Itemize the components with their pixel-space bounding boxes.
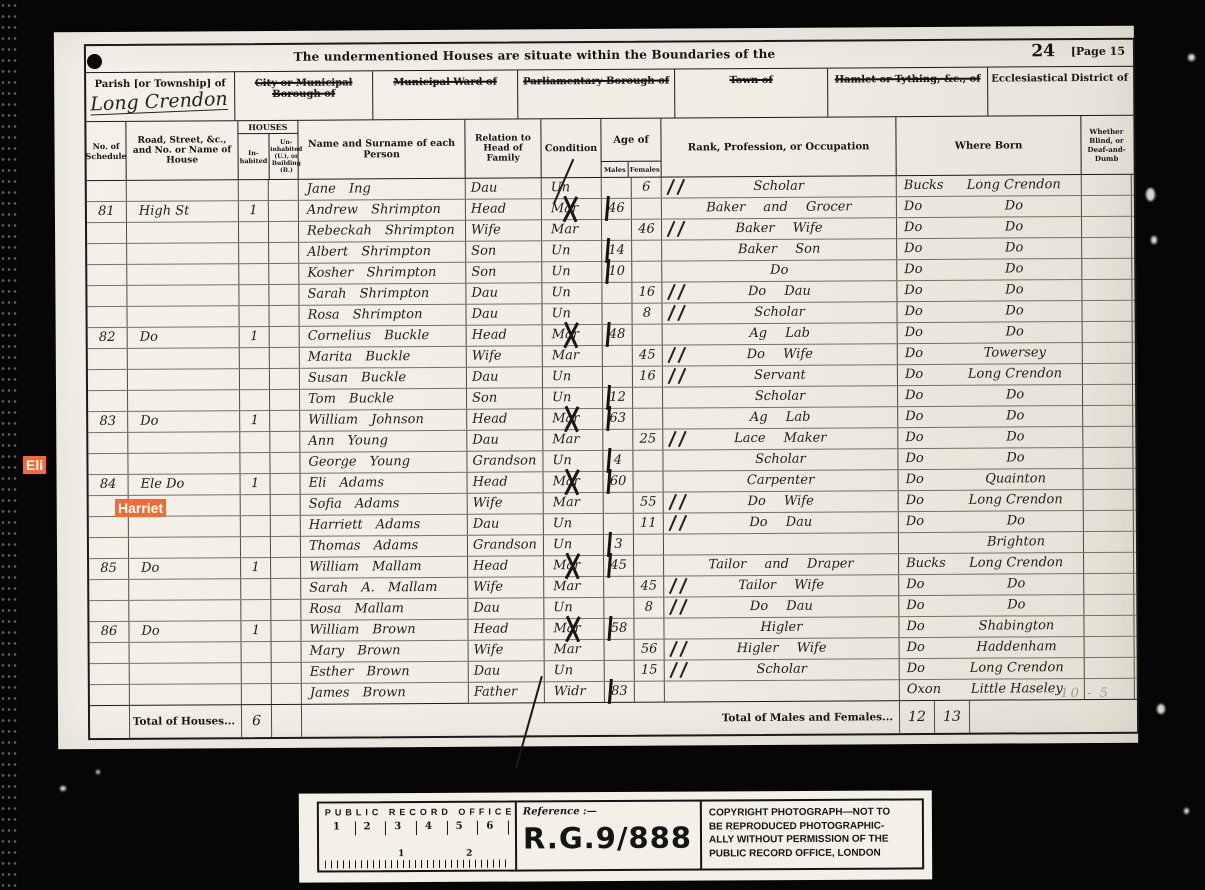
cell-relation: Wife	[467, 346, 543, 366]
cell-uninhabited	[269, 306, 299, 326]
born-county: Do	[897, 281, 947, 301]
cell-road	[127, 264, 239, 285]
cell-blind	[1082, 238, 1132, 258]
highlight-tag-harriet[interactable]: Harriet	[115, 499, 166, 517]
cell-relation: Dau	[466, 178, 542, 198]
cell-uninhabited	[271, 579, 301, 599]
cell-born: Do Do	[897, 301, 1082, 322]
cell-born: Do Do	[898, 406, 1083, 427]
cell-age-female: 6	[632, 178, 662, 198]
geo-parliamentary-borough-label: Parliamentary Borough of	[523, 76, 669, 88]
cell-blind	[1083, 364, 1133, 384]
born-county: Do	[898, 428, 948, 448]
geo-ecclesiastical-label: Ecclesiastical District of	[991, 73, 1128, 85]
column-header-band: No. of Schedule Road, Street, &c., and N…	[86, 116, 1133, 181]
cell-uninhabited	[271, 474, 301, 494]
cell-uninhabited	[269, 243, 299, 263]
born-county: Do	[897, 197, 947, 217]
cell-uninhabited	[269, 180, 299, 200]
cell-blind	[1084, 469, 1134, 489]
cell-uninhabited	[271, 537, 301, 557]
cell-age-male	[604, 493, 634, 513]
cell-road: Do	[128, 327, 240, 348]
ruler-cm-2: 2	[465, 849, 473, 859]
cell-road: Do	[129, 621, 241, 642]
cell-road: High St	[127, 201, 239, 222]
cell-age-female: 45	[634, 577, 664, 597]
cell-born: Do Haddenham	[900, 637, 1085, 658]
cell-age-female: 8	[634, 598, 664, 618]
cell-schedule	[89, 538, 129, 558]
cell-occupation: Do Wife	[664, 491, 899, 512]
cell-relation: Dau	[466, 304, 542, 324]
pro-office-name: PUBLIC RECORD OFFICE	[325, 807, 509, 818]
col-inhabited: In-habited	[238, 134, 269, 179]
cell-occupation: Tailor and Draper	[664, 554, 899, 575]
cell-inhabited	[241, 579, 271, 599]
reference-label: Reference :—	[523, 806, 694, 818]
cell-uninhabited	[270, 348, 300, 368]
cell-age-female: 25	[633, 430, 663, 450]
total-males-value: 12	[908, 707, 926, 726]
tally-mark	[667, 577, 691, 594]
col-road: Road, Street, &c., and No. or Name of Ho…	[126, 121, 238, 180]
cell-age-female: 11	[634, 514, 664, 534]
born-place: Do	[947, 196, 1081, 217]
cell-name: William Johnson	[300, 410, 467, 431]
cell-inhabited	[239, 243, 269, 263]
tally-mark	[665, 283, 689, 300]
pencil-annotation: 10 - 5	[1060, 686, 1110, 701]
cell-blind	[1082, 280, 1132, 300]
born-place: Long Crendon	[949, 553, 1083, 574]
tally-mark	[556, 468, 586, 496]
cell-schedule	[89, 517, 129, 537]
cell-born: Do Towersey	[898, 343, 1083, 364]
born-place: Do	[947, 217, 1081, 238]
cell-uninhabited	[271, 495, 301, 515]
cell-born: Do Do	[899, 511, 1084, 532]
tally-mark	[666, 367, 690, 384]
cell-road	[128, 369, 240, 390]
photo-speck	[1188, 54, 1195, 61]
cell-name: Mary Brown	[302, 641, 469, 662]
cell-blind	[1083, 427, 1133, 447]
born-county: Do	[897, 260, 947, 280]
cell-blind	[1083, 406, 1133, 426]
col-houses: HOUSES	[238, 121, 297, 134]
cell-occupation: Do Wife	[663, 344, 898, 365]
born-place: Shabington	[949, 616, 1083, 637]
cell-occupation: Scholar	[665, 659, 900, 680]
cell-road	[128, 453, 240, 474]
cell-schedule	[88, 454, 128, 474]
cell-occupation	[664, 533, 899, 554]
reference-value: R.G.9/888	[523, 821, 694, 856]
geo-town: Town of	[675, 69, 828, 118]
cell-born: Do Do	[898, 322, 1083, 343]
cell-name: Cornelius Buckle	[300, 326, 467, 347]
ruler-inches: 123456	[325, 821, 509, 836]
tally-mark	[556, 321, 586, 349]
cell-uninhabited	[271, 558, 301, 578]
tally-mark	[667, 514, 691, 531]
geo-city-borough: City or Municipal Borough of	[235, 71, 373, 120]
cell-relation: Head	[468, 619, 544, 639]
cell-condition: Un	[545, 661, 605, 681]
cell-occupation: Baker Son	[662, 239, 897, 260]
tally-mark	[666, 430, 690, 447]
col-schedule: No. of Schedule	[86, 122, 126, 180]
cell-uninhabited	[271, 516, 301, 536]
cell-name: Rosa Shrimpton	[299, 305, 466, 326]
born-place: Do	[947, 238, 1081, 259]
cell-schedule: 84	[89, 475, 129, 495]
cell-road	[127, 306, 239, 327]
cell-uninhabited	[271, 621, 301, 641]
tally-mark	[666, 346, 690, 363]
cell-uninhabited	[270, 411, 300, 431]
cell-road	[128, 390, 240, 411]
born-place: Haddenham	[950, 637, 1084, 658]
stamp-ruler-section: PUBLIC RECORD OFFICE 123456 1 2	[319, 803, 517, 871]
geography-header-band: Parish [or Township] of Long Crendon Cit…	[86, 67, 1133, 122]
cell-road	[129, 600, 241, 621]
geo-hamlet-label: Hamlet or Tything, &c., of	[835, 74, 981, 86]
cell-occupation: Baker Wife	[662, 218, 897, 239]
cell-inhabited	[240, 432, 270, 452]
cell-relation: Head	[467, 325, 543, 345]
cell-age-male	[604, 577, 634, 597]
cell-inhabited	[241, 537, 271, 557]
folio-number: 24	[1031, 41, 1055, 61]
cell-age-female: 16	[633, 367, 663, 387]
cell-born: Do Long Crendon	[900, 658, 1085, 679]
tally-mark	[557, 552, 587, 580]
cell-occupation: Do Dau	[664, 512, 899, 533]
cell-born: Do Shabington	[899, 616, 1084, 637]
born-place: Do	[949, 595, 1083, 616]
col-born: Where Born	[896, 116, 1081, 175]
cell-schedule	[87, 307, 127, 327]
col-houses-group: HOUSES In-habited Un-inhabited (U.), or …	[238, 121, 298, 179]
photo-speck	[60, 786, 66, 791]
cell-occupation	[665, 680, 900, 701]
cell-age-female: 45	[633, 346, 663, 366]
cell-uninhabited	[270, 327, 300, 347]
totals-band: Total of Houses... 6 Total of Males and …	[90, 700, 1137, 738]
highlight-tag-eli[interactable]: Eli	[23, 456, 46, 474]
cell-uninhabited	[269, 285, 299, 305]
cell-born: Do Long Crendon	[898, 364, 1083, 385]
cell-born: Do Do	[897, 280, 1082, 301]
cell-name: Albert Shrimpton	[299, 242, 466, 263]
geo-municipal-ward: Municipal Ward of	[373, 70, 518, 119]
ruler-centimetres: 1 2	[325, 856, 509, 869]
cell-uninhabited	[269, 222, 299, 242]
cell-blind	[1084, 574, 1134, 594]
cell-age-female: 15	[635, 661, 665, 681]
born-county: Do	[898, 344, 948, 364]
cell-relation: Head	[468, 556, 544, 576]
cell-inhabited	[239, 264, 269, 284]
pro-stamp-box: PUBLIC RECORD OFFICE 123456 1 2 Referenc…	[317, 798, 924, 872]
col-occupation: Rank, Profession, or Occupation	[661, 117, 896, 176]
cell-age-female	[634, 535, 664, 555]
cell-schedule	[88, 370, 128, 390]
total-houses-value: 6	[252, 712, 261, 731]
born-place: Long Crendon	[949, 490, 1083, 511]
cell-age-female	[634, 619, 664, 639]
born-county: Do	[899, 575, 949, 595]
cell-age-male	[603, 346, 633, 366]
cell-uninhabited	[272, 642, 302, 662]
cell-age-female: 56	[635, 640, 665, 660]
copyright-line: ALLY WITHOUT PERMISSION OF THE	[709, 832, 918, 847]
cell-born: Do Do	[897, 196, 1082, 217]
cell-occupation: Do Dau	[662, 281, 897, 302]
cell-road	[127, 285, 239, 306]
born-county: Do	[898, 323, 948, 343]
cell-inhabited	[240, 390, 270, 410]
cell-schedule	[87, 265, 127, 285]
cell-inhabited	[242, 663, 272, 683]
cell-uninhabited	[270, 453, 300, 473]
cell-uninhabited	[270, 432, 300, 452]
cell-born: Do Long Crendon	[899, 490, 1084, 511]
cell-age-female	[634, 472, 664, 492]
copyright-line: BE REPRODUCED PHOTOGRAPHIC-	[709, 819, 918, 834]
cell-name: Andrew Shrimpton	[299, 200, 466, 221]
cell-blind	[1084, 511, 1134, 531]
born-place: Brighton	[949, 532, 1083, 553]
cell-age-female	[633, 388, 663, 408]
cell-age-male	[605, 640, 635, 660]
copyright-line: COPYRIGHT PHOTOGRAPH—NOT TO	[709, 805, 918, 820]
born-place: Do	[949, 511, 1083, 532]
cell-name: Harriett Adams	[301, 515, 468, 536]
cell-schedule	[90, 643, 130, 663]
cell-blind	[1084, 616, 1134, 636]
born-county: Bucks	[899, 554, 949, 574]
cell-age-female	[632, 241, 662, 261]
born-county: Do	[897, 239, 947, 259]
cell-condition: Un	[543, 367, 603, 387]
cell-occupation: Scholar	[662, 176, 897, 197]
cell-age-female	[635, 682, 665, 702]
pro-stamp-strip: PUBLIC RECORD OFFICE 123456 1 2 Referenc…	[299, 790, 932, 882]
cell-name: Rosa Mallam	[301, 599, 468, 620]
cell-name: Sofia Adams	[301, 494, 468, 515]
cell-blind	[1082, 301, 1132, 321]
cell-inhabited	[241, 600, 271, 620]
cell-schedule	[90, 664, 130, 684]
cell-road	[127, 180, 239, 201]
tally-mark	[667, 493, 691, 510]
photo-speck	[1157, 704, 1165, 714]
cell-road	[128, 432, 240, 453]
geo-hamlet: Hamlet or Tything, &c., of	[828, 68, 988, 117]
cell-name: Susan Buckle	[300, 368, 467, 389]
born-place: Long Crendon	[948, 364, 1082, 385]
born-place: Do	[949, 574, 1083, 595]
cell-relation: Dau	[468, 514, 544, 534]
born-county: Do	[899, 617, 949, 637]
cell-blind	[1083, 343, 1133, 363]
cell-occupation: Tailor Wife	[664, 575, 899, 596]
ruler-cm-1: 1	[397, 849, 405, 859]
cell-blind	[1082, 175, 1132, 195]
cell-inhabited	[239, 285, 269, 305]
cell-inhabited: 1	[240, 411, 270, 431]
cell-inhabited	[242, 642, 272, 662]
cell-schedule	[88, 391, 128, 411]
photo-speck	[1184, 808, 1189, 814]
geo-parliamentary-borough: Parliamentary Borough of	[518, 70, 675, 119]
cell-inhabited	[239, 306, 269, 326]
cell-road	[127, 243, 239, 264]
cell-born: Do Quainton	[899, 469, 1084, 490]
cell-born: Do Do	[897, 259, 1082, 280]
cell-name: Jane Ing	[299, 179, 466, 200]
boundary-title: The undermentioned Houses are situate wi…	[86, 46, 983, 65]
cell-occupation: Higler Wife	[665, 638, 900, 659]
page-number: [Page 15	[1071, 45, 1125, 58]
cell-blind	[1084, 553, 1134, 573]
cell-road: Ele Do	[129, 474, 241, 495]
cell-occupation: Do Dau	[664, 596, 899, 617]
cell-inhabited	[239, 222, 269, 242]
cell-age-female	[633, 409, 663, 429]
census-rows: Jane Ing Dau Un 6 Scholar Bucks Long Cre…	[87, 175, 1137, 706]
cell-age-female: 8	[632, 304, 662, 324]
cell-occupation: Scholar	[662, 302, 897, 323]
tally-mark	[665, 304, 689, 321]
census-form: The undermentioned Houses are situate wi…	[84, 38, 1139, 740]
cell-schedule: 83	[88, 412, 128, 432]
cell-age-female: 55	[634, 493, 664, 513]
col-males: Males	[602, 162, 629, 177]
cell-road	[129, 516, 241, 537]
geo-city-borough-label: City or Municipal Borough of	[255, 77, 353, 99]
cell-relation: Head	[466, 199, 542, 219]
born-county: Do	[899, 512, 949, 532]
born-county: Do	[897, 218, 947, 238]
cell-born: Do Do	[898, 427, 1083, 448]
col-name: Name and Surname of each Person	[298, 120, 465, 179]
tally-mark	[668, 661, 692, 678]
cell-occupation: Ag Lab	[663, 323, 898, 344]
cell-blind	[1083, 385, 1133, 405]
col-females: Females	[629, 162, 661, 177]
cell-condition: Widr	[545, 682, 605, 702]
cell-name: Eli Adams	[301, 473, 468, 494]
born-place: Quainton	[949, 469, 1083, 490]
cell-name: Marita Buckle	[300, 347, 467, 368]
cell-inhabited	[240, 348, 270, 368]
cell-schedule: 82	[88, 328, 128, 348]
cell-uninhabited	[270, 369, 300, 389]
film-edge-texture	[0, 0, 18, 890]
cell-uninhabited	[269, 264, 299, 284]
born-place: Towersey	[948, 343, 1082, 364]
cell-name: George Young	[300, 452, 467, 473]
cell-age-female	[633, 325, 663, 345]
cell-name: Esther Brown	[302, 662, 469, 683]
census-page-scan: The undermentioned Houses are situate wi…	[54, 26, 1138, 750]
cell-inhabited	[239, 180, 269, 200]
cell-relation: Wife	[468, 493, 544, 513]
cell-name: William Mallam	[301, 557, 468, 578]
cell-relation: Dau	[467, 367, 543, 387]
photo-speck	[1146, 188, 1155, 201]
cell-born: Do Do	[899, 595, 1084, 616]
cell-schedule	[88, 349, 128, 369]
cell-relation: Son	[466, 241, 542, 261]
cell-relation: Head	[468, 472, 544, 492]
col-blind: Whether Blind, or Deaf-and-Dumb	[1081, 116, 1131, 174]
cell-name: Tom Buckle	[300, 389, 467, 410]
born-place: Do	[947, 259, 1081, 280]
total-houses-label: Total of Houses...	[130, 705, 242, 738]
cell-blind	[1082, 196, 1132, 216]
cell-road: Do	[128, 411, 240, 432]
total-males-females-label: Total of Males and Females...	[302, 701, 900, 737]
born-county: Bucks	[897, 176, 947, 196]
cell-road	[130, 684, 242, 705]
cell-occupation: Servant	[663, 365, 898, 386]
born-place: Do	[947, 301, 1081, 322]
born-county: Do	[899, 596, 949, 616]
cell-road: Do	[129, 558, 241, 579]
cell-blind	[1084, 532, 1134, 552]
cell-occupation: Scholar	[663, 449, 898, 470]
born-county: Do	[900, 659, 950, 679]
cell-uninhabited	[269, 201, 299, 221]
cell-name: Kosher Shrimpton	[299, 263, 466, 284]
cell-road	[130, 663, 242, 684]
cell-blind	[1082, 259, 1132, 279]
cell-born: Brighton	[899, 532, 1084, 553]
geo-municipal-ward-label: Municipal Ward of	[393, 77, 497, 89]
stamp-copyright-section: COPYRIGHT PHOTOGRAPH—NOT TO BE REPRODUCE…	[702, 800, 922, 868]
cell-schedule: 85	[89, 559, 129, 579]
cell-relation: Dau	[469, 661, 545, 681]
born-place: Long Crendon	[947, 175, 1081, 196]
cell-uninhabited	[272, 684, 302, 704]
cell-schedule	[87, 223, 127, 243]
tally-mark	[557, 615, 587, 643]
cell-relation: Dau	[468, 598, 544, 618]
cell-uninhabited	[271, 600, 301, 620]
cell-born: Oxon Little Haseley	[900, 679, 1085, 700]
cell-inhabited: 1	[241, 558, 271, 578]
cell-age-female	[632, 262, 662, 282]
cell-inhabited: 1	[240, 327, 270, 347]
born-county: Do	[898, 365, 948, 385]
cell-born: Do Do	[899, 574, 1084, 595]
cell-age-female: 46	[632, 220, 662, 240]
born-county: Do	[898, 407, 948, 427]
stamp-reference-section: Reference :— R.G.9/888	[517, 802, 702, 870]
cell-born: Do Do	[898, 385, 1083, 406]
born-county: Do	[900, 638, 950, 658]
born-county: Do	[898, 386, 948, 406]
cell-relation: Dau	[467, 430, 543, 450]
cell-road	[129, 537, 241, 558]
born-place: Long Crendon	[950, 658, 1084, 679]
cell-relation: Son	[467, 388, 543, 408]
